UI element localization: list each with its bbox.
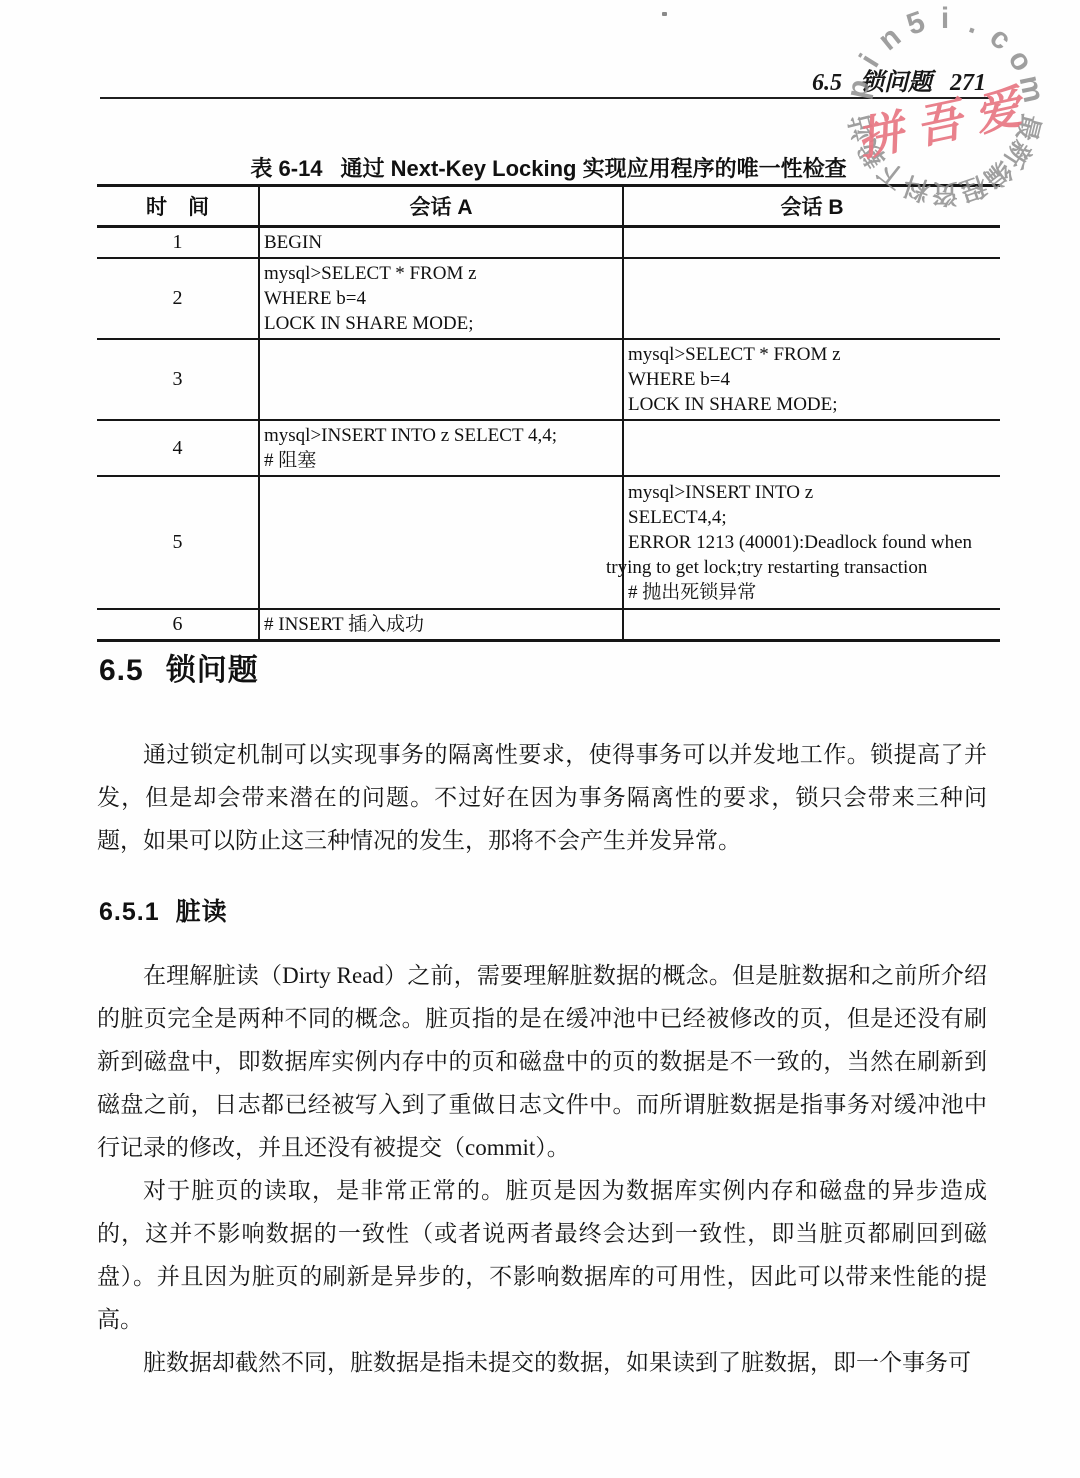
- column-header-time: 时 间: [97, 186, 259, 227]
- section-number: 6.5: [99, 654, 144, 687]
- section-heading: 6.5锁问题: [99, 645, 987, 689]
- header-rule: [100, 97, 990, 99]
- cell-session-a: [259, 476, 623, 609]
- watermark-ring-char: i: [941, 2, 949, 36]
- dirty-read-paragraph-1: 在理解脏读（Dirty Read）之前，需要理解脏数据的概念。但是脏数据和之前所…: [97, 954, 987, 1169]
- watermark-ring-char: 最: [1009, 111, 1051, 145]
- sql-line: LOCK IN SHARE MODE;: [628, 392, 996, 417]
- watermark-ring-char: .: [965, 7, 984, 42]
- cell-session-a: BEGIN: [259, 227, 623, 259]
- watermark-ring-char: c: [983, 20, 1017, 57]
- sql-line: mysql>INSERT INTO z: [628, 480, 996, 505]
- sql-line: # 抛出死锁异常: [628, 580, 996, 605]
- cell-session-a: mysql>SELECT * FROM zWHERE b=4LOCK IN SH…: [259, 258, 623, 339]
- cell-time: 1: [97, 227, 259, 259]
- cell-time: 5: [97, 476, 259, 609]
- table-row: 3mysql>SELECT * FROM zWHERE b=4LOCK IN S…: [97, 339, 1000, 420]
- subsection-number: 6.5.1: [99, 898, 160, 926]
- table-row: 4mysql>INSERT INTO z SELECT 4,4;# 阻塞: [97, 420, 1000, 476]
- subsection-title: 脏读: [176, 898, 228, 926]
- sql-line: mysql>SELECT * FROM z: [264, 261, 618, 286]
- sql-line: mysql>SELECT * FROM z: [628, 342, 996, 367]
- cell-session-a: mysql>INSERT INTO z SELECT 4,4;# 阻塞: [259, 420, 623, 476]
- table-row: 5mysql>INSERT INTO zSELECT4,4;ERROR 1213…: [97, 476, 1000, 609]
- sql-line: trying to get lock;try restarting transa…: [606, 555, 996, 580]
- sql-line: WHERE b=4: [264, 286, 618, 311]
- running-head: 6.5锁问题271: [812, 62, 986, 97]
- next-key-locking-table: 时 间 会话 A 会话 B 1BEGIN2mysql>SELECT * FROM…: [97, 184, 1000, 642]
- table-caption: 表 6-14通过 Next-Key Locking 实现应用程序的唯一性检查: [97, 152, 1000, 183]
- subsection-heading: 6.5.1脏读: [99, 892, 987, 928]
- sql-line: LOCK IN SHARE MODE;: [264, 311, 618, 336]
- dirty-read-paragraph-2: 对于脏页的读取，是非常正常的。脏页是因为数据库实例内存和磁盘的异步造成的，这并不…: [97, 1169, 987, 1341]
- cell-session-b: [623, 227, 1000, 259]
- intro-paragraph: 通过锁定机制可以实现事务的隔离性要求，使得事务可以并发地工作。锁提高了并发，但是…: [97, 733, 987, 862]
- cell-time: 2: [97, 258, 259, 339]
- table-caption-label: 表 6-14: [250, 156, 322, 181]
- cell-session-a: # INSERT 插入成功: [259, 609, 623, 641]
- watermark-ring-char: 站: [839, 111, 881, 145]
- cell-time: 3: [97, 339, 259, 420]
- cell-session-b: [623, 420, 1000, 476]
- sql-line: SELECT4,4;: [628, 505, 996, 530]
- cell-session-b: mysql>INSERT INTO zSELECT4,4;ERROR 1213 …: [623, 476, 1000, 609]
- table-row: 2mysql>SELECT * FROM zWHERE b=4LOCK IN S…: [97, 258, 1000, 339]
- table-header-row: 时 间 会话 A 会话 B: [97, 186, 1000, 227]
- running-head-title: 锁问题: [860, 70, 932, 96]
- sql-line: WHERE b=4: [628, 367, 996, 392]
- sql-line: mysql>INSERT INTO z SELECT 4,4;: [264, 423, 618, 448]
- page-body: 6.5锁问题 通过锁定机制可以实现事务的隔离性要求，使得事务可以并发地工作。锁提…: [97, 645, 987, 1384]
- scan-speck: [662, 12, 667, 16]
- running-head-page-number: 271: [950, 70, 986, 96]
- column-header-session-b: 会话 B: [623, 186, 1000, 227]
- cell-session-b: mysql>SELECT * FROM zWHERE b=4LOCK IN SH…: [623, 339, 1000, 420]
- table-caption-title: 通过 Next-Key Locking 实现应用程序的唯一性检查: [341, 156, 847, 181]
- running-head-section: 6.5: [812, 70, 842, 96]
- watermark-ring-char: 5: [902, 5, 929, 43]
- column-header-session-a: 会话 A: [259, 186, 623, 227]
- cell-session-b: [623, 258, 1000, 339]
- section-title: 锁问题: [166, 654, 259, 687]
- book-page: 6.5锁问题271 表 6-14通过 Next-Key Locking 实现应用…: [0, 0, 1080, 1478]
- watermark-ring-char: m: [1012, 72, 1051, 105]
- dirty-read-paragraph-3: 脏数据却截然不同，脏数据是指未提交的数据，如果读到了脏数据，即一个事务可: [97, 1341, 987, 1384]
- watermark-ring-char: n: [872, 20, 908, 58]
- sql-line: # 阻塞: [264, 448, 618, 473]
- cell-session-b: [623, 609, 1000, 641]
- table-row: 6# INSERT 插入成功: [97, 609, 1000, 641]
- cell-session-a: [259, 339, 623, 420]
- cell-time: 6: [97, 609, 259, 641]
- sql-line: BEGIN: [264, 230, 618, 255]
- cell-time: 4: [97, 420, 259, 476]
- sql-line: # INSERT 插入成功: [264, 612, 618, 637]
- watermark-ring-char: 新: [996, 134, 1041, 176]
- table-row: 1BEGIN: [97, 227, 1000, 259]
- watermark-ring-char: o: [1001, 44, 1040, 77]
- sql-line: ERROR 1213 (40001):Deadlock found when: [628, 530, 996, 555]
